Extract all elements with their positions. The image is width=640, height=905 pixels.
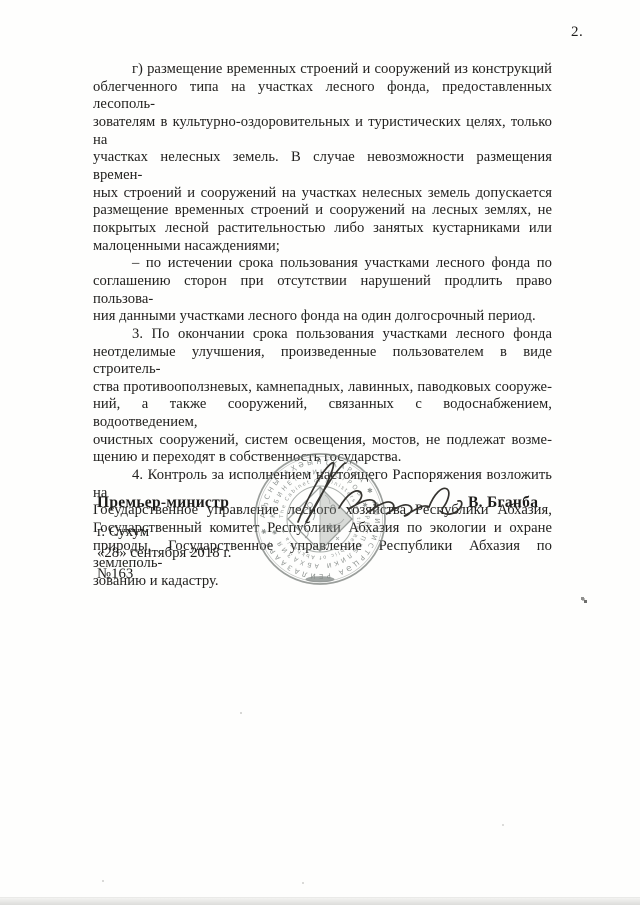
place-line: г. Сухум — [97, 524, 149, 541]
text-line: ных строений и сооружений на участках не… — [93, 185, 552, 203]
text-line: ства противооползневых, камнепадных, лав… — [93, 379, 552, 397]
text-line: участках нелесных земель. В случае невоз… — [93, 149, 552, 184]
scan-dust — [240, 712, 242, 714]
document-page: 2. г) размещение временных строений и со… — [0, 0, 640, 905]
text-line: малоценными насаждениями; — [93, 238, 552, 256]
signature-icon — [276, 448, 481, 540]
text-line: соглашению сторон при отсутствии нарушен… — [93, 273, 552, 308]
text-line: 3. По окончании срока пользования участк… — [93, 326, 552, 344]
scan-artifact-speck — [581, 597, 584, 600]
text-line: ния данными участками лесного фонда на о… — [93, 308, 552, 326]
document-number: №163 — [97, 566, 133, 583]
text-line: облегченного типа на участках лесного фо… — [93, 79, 552, 114]
scan-bottom-edge — [0, 897, 640, 905]
date-line: «28» сентября 2018 г. — [97, 545, 231, 562]
page-number: 2. — [571, 24, 583, 41]
text-line: зователям в культурно-оздоровительных и … — [93, 114, 552, 149]
text-line: покрытых лесной растительностью либо зан… — [93, 220, 552, 238]
text-line: ний, а также сооружений, связанных с вод… — [93, 396, 552, 431]
text-line: г) размещение временных строений и соору… — [93, 61, 552, 79]
text-line: размещение временных строений и сооружен… — [93, 202, 552, 220]
text-line: – по истечении срока пользования участка… — [93, 255, 552, 273]
text-line: неотделимые улучшения, произведенные пол… — [93, 344, 552, 379]
signer-title: Премьер-министр — [97, 494, 229, 512]
